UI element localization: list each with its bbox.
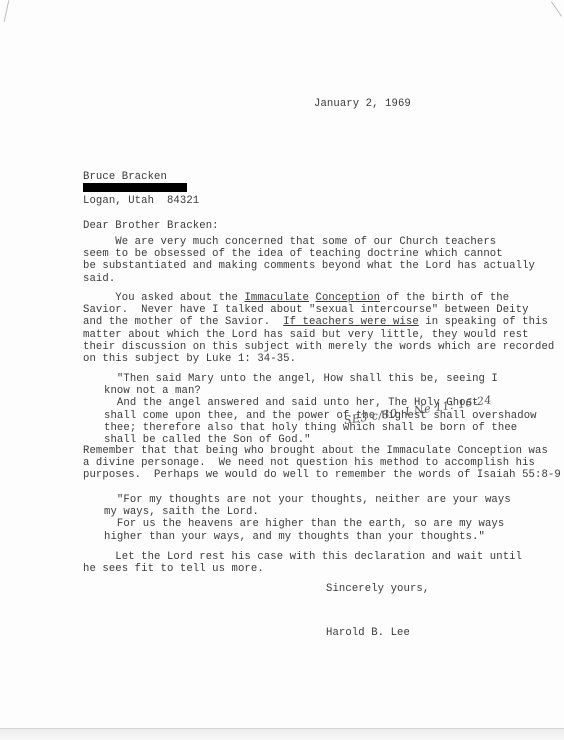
paragraph-line: a divine personage. We need not question… bbox=[83, 457, 523, 469]
quote-line: thee; therefore also that holy thing whi… bbox=[104, 422, 544, 434]
closing: Sincerely yours, bbox=[326, 583, 429, 595]
text-run: You asked about the bbox=[83, 292, 244, 304]
scan-artifact bbox=[551, 1, 562, 16]
quote-line: shall come upon thee, and the power of t… bbox=[104, 410, 544, 422]
paragraph-line: and the mother of the Savior. If teacher… bbox=[83, 316, 523, 328]
paragraph-line: their discussion on this subject with me… bbox=[83, 341, 523, 353]
quote-line: "Then said Mary unto the angel, How shal… bbox=[104, 373, 544, 385]
underlined-conception: Conception bbox=[315, 292, 380, 304]
letter-page: January 2, 1969 Bruce Bracken Logan, Uta… bbox=[0, 0, 564, 740]
signature: Harold B. Lee bbox=[326, 627, 410, 639]
page-bottom-edge bbox=[0, 728, 564, 740]
scripture-quote-isaiah: "For my thoughts are not your thoughts, … bbox=[104, 494, 544, 543]
paragraph-line: Remember that that being who brought abo… bbox=[83, 445, 523, 457]
paragraph-line: matter about which the Lord has said but… bbox=[83, 329, 523, 341]
text-run: of the birth of the bbox=[380, 292, 509, 304]
quote-line: my ways, saith the Lord. bbox=[104, 506, 544, 518]
scripture-quote-luke: "Then said Mary unto the angel, How shal… bbox=[104, 373, 544, 446]
paragraph-line: Let the Lord rest his case with this dec… bbox=[83, 551, 523, 563]
paragraph-line: purposes. Perhaps we would do well to re… bbox=[83, 469, 523, 481]
quote-line: higher than your ways, and my thoughts t… bbox=[104, 531, 544, 543]
paragraph-line: on this subject by Luke 1: 34-35. bbox=[83, 353, 523, 365]
underlined-teachers-were-wise: If teachers were wise bbox=[283, 316, 419, 328]
paragraph-line: be substantiated and making comments bey… bbox=[83, 260, 523, 272]
paragraph-line: We are very much concerned that some of … bbox=[83, 236, 523, 248]
letter-date: January 2, 1969 bbox=[314, 98, 411, 110]
paragraph-line: he sees fit to tell us more. bbox=[83, 563, 523, 575]
paragraph-4: Let the Lord rest his case with this dec… bbox=[83, 551, 523, 575]
text-run: in speaking of this bbox=[419, 316, 548, 328]
text-run: and the mother of the Savior. bbox=[83, 316, 283, 328]
paragraph-2: You asked about the Immaculate Conceptio… bbox=[83, 292, 523, 365]
paragraph-1: We are very much concerned that some of … bbox=[83, 236, 523, 285]
redacted-address-bar bbox=[83, 183, 187, 192]
scan-artifact bbox=[4, 0, 10, 22]
quote-line: For us the heavens are higher than the e… bbox=[104, 518, 544, 530]
paragraph-line: You asked about the Immaculate Conceptio… bbox=[83, 292, 523, 304]
quote-line: "For my thoughts are not your thoughts, … bbox=[104, 494, 544, 506]
paragraph-3: Remember that that being who brought abo… bbox=[83, 445, 523, 482]
paragraph-line: seem to be obsessed of the idea of teach… bbox=[83, 248, 523, 260]
recipient-city-state-zip: Logan, Utah 84321 bbox=[83, 195, 199, 207]
salutation: Dear Brother Bracken: bbox=[83, 220, 219, 232]
paragraph-line: Savior. Never have I talked about "sexua… bbox=[83, 304, 523, 316]
underlined-immaculate: Immaculate bbox=[244, 292, 309, 304]
paragraph-line: said. bbox=[83, 273, 523, 285]
recipient-name: Bruce Bracken bbox=[83, 171, 167, 183]
